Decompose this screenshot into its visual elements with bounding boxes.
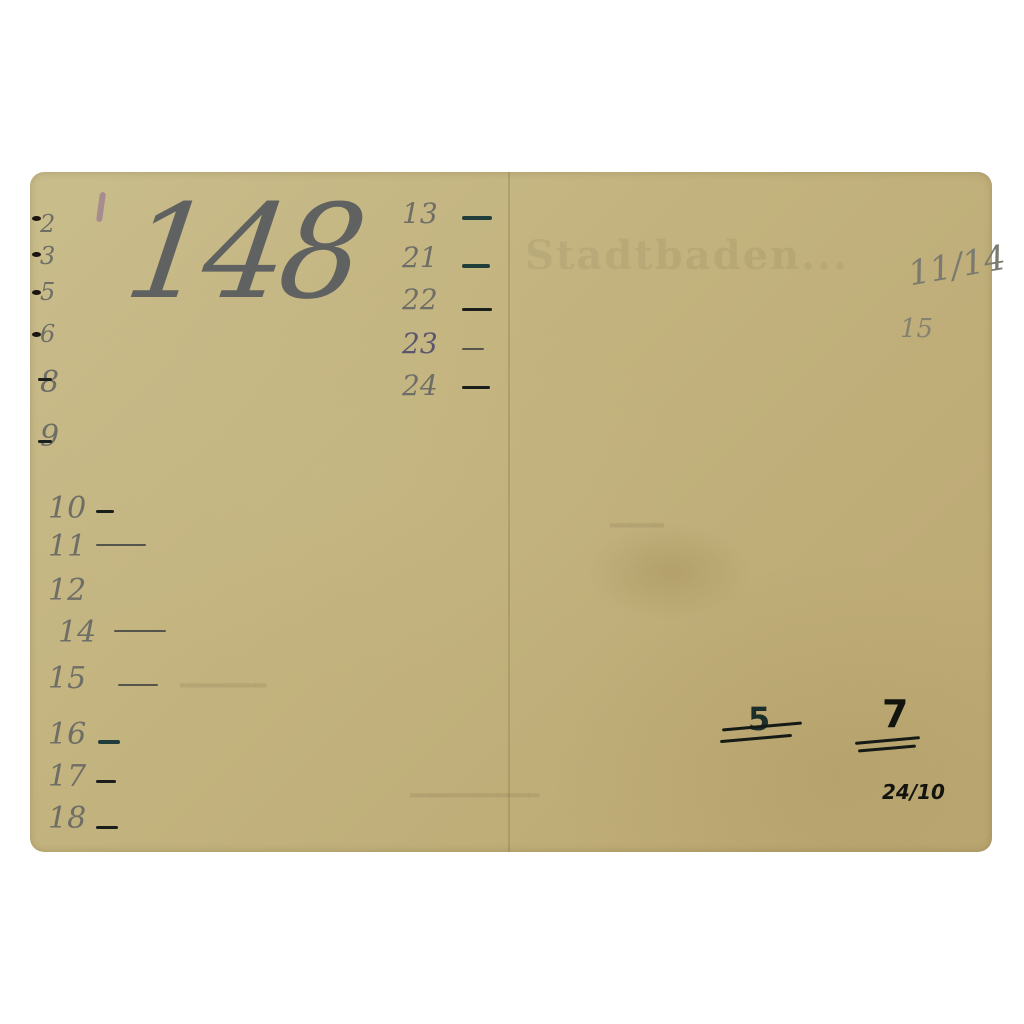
main-number: 148	[117, 176, 369, 328]
tick-mark	[118, 684, 158, 686]
tick-mark	[462, 264, 490, 268]
top-right-note: 11/14	[905, 238, 1008, 294]
tick-mark	[96, 780, 116, 783]
left-column-number: 17	[48, 762, 86, 792]
left-column-number: 15	[48, 664, 86, 694]
tick-mark	[114, 630, 166, 632]
left-column-number: 8	[40, 368, 59, 398]
tick-mark	[96, 510, 114, 513]
left-column-number: 14	[58, 618, 96, 648]
tick-mark	[32, 290, 41, 295]
tick-mark	[38, 378, 52, 381]
tick-mark	[32, 216, 41, 221]
left-column-number: 2	[40, 212, 55, 236]
left-column-number: 10	[48, 494, 86, 524]
left-column-number: 18	[48, 804, 86, 834]
struck-number: 5	[748, 700, 770, 738]
middle-column-number: 23	[402, 330, 438, 358]
tick-mark	[32, 332, 41, 337]
left-column-number: 6	[40, 322, 55, 346]
left-column-number: 3	[40, 244, 55, 268]
tick-mark	[462, 348, 484, 350]
purple-mark	[96, 192, 106, 223]
tick-mark	[96, 826, 118, 829]
tick-mark	[98, 740, 120, 744]
tick-mark	[462, 308, 492, 311]
middle-column-number: 21	[402, 244, 438, 272]
tick-mark	[32, 252, 41, 257]
middle-column-number: 13	[402, 200, 438, 228]
fraction-bar	[855, 736, 920, 745]
date-note: 24/10	[882, 780, 945, 804]
left-column-number: 9	[40, 422, 59, 452]
tick-mark	[462, 216, 492, 220]
middle-column-number: 22	[402, 286, 438, 314]
fraction-bar	[858, 744, 916, 752]
left-column-number: 16	[48, 720, 86, 750]
middle-column-number: 24	[402, 372, 438, 400]
left-column-number: 5	[40, 280, 55, 304]
tick-mark	[96, 544, 146, 546]
fraction-numerator: 7	[882, 692, 908, 736]
card: Stadtbaden... ▂▂▂▂▂▂▂▂ ▂▂▂▂▂ ▂▂▂▂▂▂▂▂▂▂▂…	[30, 172, 992, 852]
fold-line	[508, 172, 510, 852]
tick-mark	[462, 386, 490, 389]
faded-print-line: ▂▂▂▂▂▂▂▂▂▂▂▂	[410, 782, 539, 798]
left-column-number: 11	[48, 532, 86, 562]
faded-print-line: ▂▂▂▂▂	[610, 512, 664, 528]
top-right-subnote: 15	[900, 314, 933, 344]
left-column-number: 12	[48, 576, 86, 606]
faded-print-line: ▂▂▂▂▂▂▂▂	[180, 672, 266, 688]
tick-mark	[38, 440, 52, 443]
faded-print-heading: Stadtbaden...	[525, 232, 849, 279]
